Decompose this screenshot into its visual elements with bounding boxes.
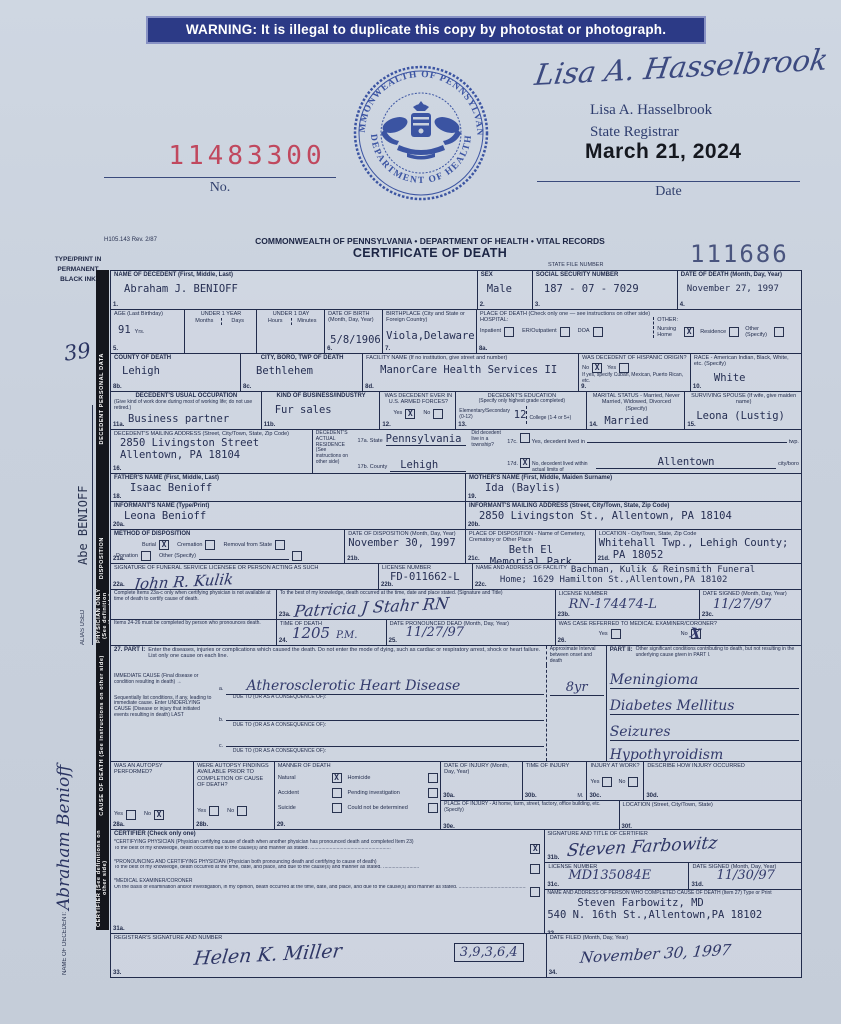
alias-underline — [92, 405, 93, 645]
interval-a-value: 8yr — [550, 680, 604, 696]
cause-line-c-blank — [226, 737, 544, 747]
pennsylvania-state-seal-icon: COMMONWEALTH OF PENNSYLVANIA DEPARTMENT … — [351, 63, 491, 203]
pronouncing-note1: Complete Items 23a-c only when certifyin… — [114, 591, 274, 603]
field-under-1-day: UNDER 1 DAY Hours Minutes — [256, 310, 324, 353]
field-county-of-death: COUNTY OF DEATH Lehigh 8b. — [111, 354, 240, 391]
item-number: 31d. — [691, 882, 703, 888]
field-date-filed: DATE FILED (Month, Day, Year) November 3… — [546, 934, 801, 977]
date-of-birth-value: 5/8/1906 — [330, 334, 380, 346]
field-label: INFORMANT'S NAME (Type/Print) — [114, 503, 463, 510]
cremation-checkbox[interactable] — [205, 540, 215, 550]
place-of-death-hospital-group: HOSPITAL: Inpatient ER/Outpatient DOA 8a… — [480, 317, 653, 338]
findings-yes-checkbox[interactable] — [209, 806, 219, 816]
meridiem-label: M. — [577, 793, 583, 799]
item-number: 13. — [458, 422, 466, 428]
disposition-location-line2: PA 18052 — [613, 549, 799, 561]
field-date-of-injury: DATE OF INJURY (Month, Day, Year) 30a. — [441, 762, 522, 800]
residence-state-value: Pennsylvania — [386, 433, 467, 446]
field-place-of-disposition: PLACE OF DISPOSITION - Name of Cemetery,… — [465, 530, 595, 563]
section-bar-disposition: DISPOSITION — [96, 528, 109, 588]
other-label: OTHER: — [657, 317, 799, 323]
part1-instructions: 27. PART I: Enter the diseases, injuries… — [111, 646, 546, 665]
item-number: 19. — [468, 494, 476, 500]
field-funeral-signature: SIGNATURE OF FUNERAL SERVICE LICENSEE OR… — [111, 564, 378, 589]
elementary-label: Elementary/Secondary (0-12) — [459, 409, 511, 421]
residence-label: Residence — [700, 329, 726, 335]
cityboro-label: city/boro — [778, 461, 799, 467]
field-birthplace: BIRTHPLACE (City and State or Foreign Co… — [382, 310, 476, 353]
field-father-name: FATHER'S NAME (First, Middle, Last) Isaa… — [111, 474, 465, 501]
twp-label: twp. — [789, 439, 799, 445]
doa-label: DOA — [578, 328, 590, 334]
item-number: 28b. — [196, 822, 208, 828]
cause-labels-column: IMMEDIATE CAUSE (Final disease or condit… — [111, 665, 216, 761]
field-pronouncing-note2: Items 24-26 must be completed by person … — [111, 620, 276, 645]
yes-item-number: 17c. — [507, 439, 517, 445]
field-date-of-birth: DATE OF BIRTH (Month, Day, Year) 5/8/190… — [324, 310, 382, 353]
yes-label: Yes — [590, 779, 599, 785]
armed-forces-no-checkbox[interactable] — [433, 409, 443, 419]
field-label: MARITAL STATUS - Married, Never Married,… — [590, 393, 682, 412]
field-place-of-injury: PLACE OF INJURY - At home, farm, street,… — [441, 801, 618, 829]
residence-city-value: Allentown — [596, 456, 776, 469]
place-of-death-other-group: OTHER: Nursing HomeX Residence Other (Sp… — [653, 317, 799, 338]
part2-text: Other significant conditions contributin… — [636, 647, 799, 659]
field-pronouncing-note1: Complete Items 23a-c only when certifyin… — [111, 590, 276, 619]
pronouncing-certifying-text: To the best of my knowledge, death occur… — [114, 865, 526, 871]
part1-text: Enter the diseases, injuries or complica… — [148, 647, 543, 660]
item-number: 20b. — [468, 522, 480, 528]
completer-address: 540 N. 16th St.,Allentown,PA 18102 — [547, 909, 799, 921]
completer-label: NAME AND ADDRESS OF PERSON WHO COMPLETED… — [547, 891, 799, 897]
er-outpatient-checkbox[interactable] — [560, 327, 570, 337]
pronouncer-date-value: 11/27/97 — [713, 597, 799, 612]
item-number: 32. — [547, 931, 555, 933]
part2-label: PART II: — [610, 647, 633, 659]
item-number: 21b. — [347, 556, 359, 562]
form-number: H105.143 Rev. 2/87 — [104, 237, 157, 243]
injury-block: DATE OF INJURY (Month, Day, Year) 30a. T… — [440, 762, 801, 829]
item-number: 23c. — [702, 612, 714, 618]
field-time-of-injury: TIME OF INJURY 30b. M. — [522, 762, 587, 800]
field-manner-of-death: MANNER OF DEATH NaturalX Accident Suicid… — [274, 762, 440, 829]
occupation-note: (Give kind of work done during most of w… — [114, 400, 259, 412]
item-number: 23a. — [279, 612, 291, 618]
armed-forces-yes-checkbox[interactable]: X — [405, 409, 415, 419]
suicide-checkbox[interactable] — [332, 803, 342, 813]
pending-checkbox[interactable] — [428, 788, 438, 798]
date-label: Date — [537, 184, 800, 200]
yes-label: Yes — [599, 631, 608, 637]
field-autopsy: WAS AN AUTOPSY PERFORMED? Yes NoX 28a. — [111, 762, 193, 829]
funeral-facility-line2: Home; 1629 Hamilton St.,Allentown,PA 181… — [500, 575, 799, 585]
inpatient-checkbox[interactable] — [504, 327, 514, 337]
item-number: 14. — [589, 422, 597, 428]
no-item-number: 17d. — [507, 461, 518, 467]
homicide-checkbox[interactable] — [428, 773, 438, 783]
township-no-text: No, decedent lived within actual limits … — [532, 462, 594, 473]
age-value: 91 — [118, 324, 131, 336]
state-file-stamp: 111686 — [690, 240, 789, 268]
hispanic-note: If yes, specify Cuban, Mexican, Puerto R… — [582, 373, 688, 385]
alias-used-value: Abe BENIOFF — [76, 415, 90, 565]
field-label: DATE OF BIRTH (Month, Day, Year) — [328, 311, 380, 324]
item-number: 11a. — [113, 422, 124, 428]
place-of-disposition-line2: Memorial Park — [469, 556, 593, 563]
nursing-home-label: Nursing Home — [657, 326, 681, 339]
county-of-death-value: Lehigh — [122, 365, 238, 377]
field-under-1-year: UNDER 1 YEAR Months Days — [184, 310, 256, 353]
funeral-license-value: FD-011662-L — [390, 571, 470, 583]
place-of-disposition-line1: Beth El — [469, 544, 593, 556]
item-number: 9. — [581, 384, 586, 390]
section-bar-pronouncing-physician: PRONOUNCING PHYSICIAN ONLY (See definiti… — [96, 588, 109, 644]
completer-name: Steven Farbowitz, MD — [577, 897, 799, 909]
field-label: WAS DECEDENT EVER IN U.S. ARMED FORCES? — [383, 393, 453, 406]
township-yes-checkbox[interactable] — [520, 433, 530, 443]
education-note: (Specify only highest grade completed) — [459, 399, 584, 405]
item-number: 6. — [327, 346, 332, 352]
item-number: 7. — [385, 346, 390, 352]
cause-line-b-blank — [226, 711, 543, 721]
item-number: 4. — [680, 302, 685, 308]
interval-label: Approximate Interval between onset and d… — [550, 647, 604, 664]
item-number: 8b. — [113, 384, 122, 390]
item-number: 22b. — [381, 582, 393, 588]
certificate-number: 11483300 — [152, 141, 342, 171]
minutes-label: Minutes — [291, 318, 323, 324]
field-ssn: SOCIAL SECURITY NUMBER 187 - 07 - 7029 3… — [532, 271, 677, 309]
certifier-header: CERTIFIER (Check only one) — [114, 831, 542, 838]
date-of-death-value: November 27, 1997 — [687, 284, 799, 294]
field-registrar-signature: REGISTRAR'S SIGNATURE AND NUMBER Helen K… — [111, 934, 546, 977]
field-label: RACE - American Indian, Black, White, et… — [694, 355, 799, 368]
father-name-value: Isaac Benioff — [130, 482, 463, 494]
inpatient-label: Inpatient — [480, 328, 501, 334]
findings-no-checkbox[interactable] — [237, 806, 247, 816]
certifier-statements: CERTIFIER (Check only one) *CERTIFYING P… — [111, 830, 544, 933]
certifier-date-value: 11/30/97 — [716, 868, 798, 883]
item-number: 21d. — [598, 556, 610, 562]
doa-checkbox[interactable] — [593, 327, 603, 337]
item-number: 31c. — [547, 882, 559, 888]
date-line — [537, 181, 800, 182]
margin-decedent-name-label: NAME OF DECEDENT: — [62, 865, 68, 975]
item-number: 25. — [389, 638, 397, 644]
item-number: 10. — [693, 384, 701, 390]
alias-used-label: ALIAS USED — [80, 570, 86, 645]
occupation-value: Business partner — [128, 413, 259, 425]
autopsy-no-checkbox[interactable]: X — [154, 810, 164, 820]
field-label: DATE OF DEATH (Month, Day, Year) — [681, 272, 799, 279]
field-date-of-disposition: DATE OF DISPOSITION (Month, Day, Year) N… — [344, 530, 465, 563]
cremation-label: Cremation — [177, 542, 202, 548]
pending-label: Pending investigation — [348, 790, 400, 796]
item-number: 31b. — [547, 855, 559, 861]
natural-checkbox[interactable]: X — [332, 773, 342, 783]
item-number: 2. — [480, 302, 485, 308]
sex-value: Male — [487, 283, 530, 295]
line-b-label: b. — [219, 717, 224, 723]
field-label: TIME OF INJURY — [526, 763, 585, 769]
donation-checkbox[interactable] — [141, 551, 151, 561]
city-of-death-value: Bethlehem — [256, 365, 360, 377]
field-education: DECEDENT'S EDUCATION (Specify only highe… — [455, 392, 586, 429]
date-of-disposition-value: November 30, 1997 — [348, 537, 463, 549]
field-label: WAS DECEDENT OF HISPANIC ORIGIN? — [582, 355, 688, 361]
interval-column-header: Approximate Interval between onset and d… — [546, 646, 606, 665]
field-place-of-death: PLACE OF DEATH (Check only one — see ins… — [476, 310, 801, 353]
burial-checkbox[interactable]: X — [159, 540, 169, 550]
item-number: 22c. — [475, 582, 487, 588]
medical-examiner-text: On the basis of examination and/or inves… — [114, 885, 526, 891]
immediate-cause-label: IMMEDIATE CAUSE (Final disease or condit… — [114, 674, 214, 686]
residence-checkbox[interactable] — [729, 327, 739, 337]
pronouncer-license-value: RN-174474-L — [569, 597, 697, 612]
referred-no-checkbox[interactable]: X — [691, 629, 701, 639]
facility-name-value: ManorCare Health Services II — [380, 364, 576, 376]
number-line — [104, 177, 336, 178]
item-number: 12. — [382, 422, 390, 428]
item-number: 11b. — [264, 422, 276, 428]
field-certifier-date-signed: DATE SIGNED (Month, Day, Year) 11/30/97 … — [688, 863, 800, 889]
field-label: SEX — [481, 272, 530, 279]
item-number: 30f. — [622, 824, 632, 829]
referred-yes-checkbox[interactable] — [611, 629, 621, 639]
hospital-label: HOSPITAL: — [480, 317, 653, 323]
field-label: PLACE OF DISPOSITION - Name of Cemetery,… — [469, 531, 593, 544]
cause-lines-column: a. Atherosclerotic Heart Disease DUE TO … — [216, 665, 546, 761]
injury-work-no-checkbox[interactable] — [628, 777, 638, 787]
field-label: AGE (Last Birthday) — [114, 311, 182, 317]
field-surviving-spouse: SURVIVING SPOUSE (If wife, give maiden n… — [684, 392, 801, 429]
item-number: 24. — [279, 638, 287, 644]
warning-banner: WARNING: It is illegal to duplicate this… — [146, 16, 706, 44]
field-autopsy-findings: WERE AUTOPSY FINDINGS AVAILABLE PRIOR TO… — [193, 762, 274, 829]
funeral-facility-line1: Bachman, Kulik & Reinsmith Funeral — [571, 565, 755, 575]
registrar-name: Lisa A. Hasselbrook — [590, 100, 712, 122]
field-label: DATE OF INJURY (Month, Day, Year) — [444, 763, 520, 776]
field-residence-township-answer: 17c. Yes, decedent lived in twp. 17d. X … — [504, 430, 801, 473]
item-number: 22a. — [113, 582, 125, 588]
field-date-of-death: DATE OF DEATH (Month, Day, Year) Novembe… — [677, 271, 801, 309]
certifier-right-block: SIGNATURE AND TITLE OF CERTIFIER Steven … — [544, 830, 801, 933]
item-number: 16. — [113, 466, 121, 472]
item-number: 20a. — [113, 522, 125, 528]
field-label: UNDER 1 DAY — [260, 311, 322, 317]
college-label: College (1-4 or 5+) — [529, 415, 571, 421]
field-method-of-disposition: METHOD OF DISPOSITION BurialX Cremation … — [111, 530, 344, 563]
field-injury-location: LOCATION (Street, City/Town, State) 30f. — [619, 801, 801, 829]
part2-condition-3: Seizures — [610, 724, 799, 741]
other-specify-checkbox[interactable] — [774, 327, 784, 337]
certifier-license-value: MD135084E — [568, 868, 686, 883]
field-marital-status: MARITAL STATUS - Married, Never Married,… — [586, 392, 684, 429]
yes-label: Yes — [393, 410, 402, 416]
surviving-spouse-value: Leona (Lustig) — [696, 410, 799, 422]
yes-label: Yes — [197, 808, 206, 814]
field-label: SOCIAL SECURITY NUMBER — [536, 272, 675, 279]
item-number: 21a. — [113, 556, 125, 562]
suicide-label: Suicide — [278, 805, 296, 811]
accident-checkbox[interactable] — [332, 788, 342, 798]
field-describe-injury: DESCRIBE HOW INJURY OCCURRED 30d. — [643, 762, 801, 800]
township-question: Did decedent live in a township? — [471, 431, 502, 448]
due-to-label-3: DUE TO (OR AS A CONSEQUENCE OF): — [233, 749, 544, 755]
field-mother-name: MOTHER'S NAME (First, Middle, Maiden Sur… — [465, 474, 801, 501]
months-label: Months — [188, 318, 220, 324]
field-label: DECEDENT'S ACTUAL RESIDENCE (See instruc… — [316, 431, 353, 466]
hours-label: Hours — [260, 318, 291, 324]
part2-values-column: Meningioma Diabetes Mellitus Seizures Hy… — [606, 665, 801, 761]
field-township-question: Did decedent live in a township? — [468, 430, 504, 473]
item-number: 30b. — [525, 793, 537, 799]
certifying-physician-checkbox[interactable]: X — [530, 844, 540, 854]
item-number: 5. — [113, 346, 118, 352]
injury-work-yes-checkbox[interactable] — [602, 777, 612, 787]
registrar-number-box: 3,9,3,6,4 — [454, 943, 524, 962]
item-number: 21c. — [468, 556, 480, 562]
field-label: INFORMANT'S MAILING ADDRESS (Street, Cit… — [469, 503, 799, 510]
svg-text:DEPARTMENT OF HEALTH: DEPARTMENT OF HEALTH — [368, 134, 474, 186]
birthplace-value: Viola,Delaware — [386, 330, 474, 342]
field-label: FACILITY NAME (If no institution, give s… — [366, 355, 576, 361]
field-occupation: DECEDENT'S USUAL OCCUPATION (Give kind o… — [111, 392, 261, 429]
immediate-cause-value: Atherosclerotic Heart Disease — [226, 678, 543, 695]
field-age: AGE (Last Birthday) 91 Yrs. 5. — [111, 310, 184, 353]
field-facility-name: FACILITY NAME (If no institution, give s… — [362, 354, 578, 391]
item-number: 30e. — [443, 824, 455, 829]
field-actual-residence-label: DECEDENT'S ACTUAL RESIDENCE (See instruc… — [312, 430, 355, 473]
pronouncing-note2: Items 24-26 must be completed by person … — [114, 621, 274, 627]
field-armed-forces: WAS DECEDENT EVER IN U.S. ARMED FORCES? … — [379, 392, 455, 429]
residence-county-value: Lehigh — [390, 459, 466, 472]
item-number: 8c. — [243, 384, 251, 390]
field-date-pronounced-dead: DATE PRONOUNCED DEAD (Month, Day, Year) … — [386, 620, 555, 645]
other-disposition-blank — [199, 552, 289, 560]
field-label: INJURY AT WORK? — [590, 763, 641, 769]
field-city-of-death: CITY, BORO, TWP OF DEATH Bethlehem 8c. — [240, 354, 362, 391]
line-a-label: a. — [219, 686, 224, 692]
field-time-of-death: TIME OF DEATH 1205 P.M. 24. — [276, 620, 386, 645]
informant-address-value: 2850 Livingston St., Allentown, PA 18104 — [479, 510, 799, 522]
other-disposition-checkbox[interactable] — [292, 551, 302, 561]
field-certifier-license: LICENSE NUMBER MD135084E 31c. — [545, 863, 688, 889]
disposition-location-line1: Whitehall Twp., Lehigh County; — [599, 537, 799, 549]
field-label: KIND OF BUSINESS/INDUSTRY — [265, 393, 378, 400]
field-label: BIRTHPLACE (City and State or Foreign Co… — [386, 311, 474, 324]
issue-date: March 21, 2024 — [585, 140, 741, 164]
field-label: UNDER 1 YEAR — [188, 311, 254, 317]
date-pronounced-value: 11/27/97 — [406, 625, 553, 640]
field-race: RACE - American Indian, Black, White, et… — [690, 354, 801, 391]
field-label: WERE AUTOPSY FINDINGS AVAILABLE PRIOR TO… — [197, 763, 272, 788]
no-label: No — [144, 811, 151, 817]
yes-label: Yes — [114, 811, 123, 817]
field-hispanic-origin: WAS DECEDENT OF HISPANIC ORIGIN? NoX Yes… — [578, 354, 690, 391]
autopsy-yes-checkbox[interactable] — [126, 810, 136, 820]
no-label: No — [681, 631, 688, 637]
item-number: 33. — [113, 970, 121, 976]
no-label: No — [227, 808, 234, 814]
mailing-address-line1: 2850 Livingston Street — [120, 437, 310, 449]
yes-label: Yes — [607, 365, 616, 371]
marital-status-value: Married — [604, 415, 682, 427]
item-number: 30d. — [646, 793, 658, 799]
no-label: No — [618, 779, 625, 785]
field-sex: SEX Male 2. — [477, 271, 532, 309]
pronouncing-certifying-checkbox[interactable] — [530, 864, 540, 874]
item-number: 8a. — [479, 346, 487, 352]
field-name-of-decedent: NAME OF DECEDENT (First, Middle, Last) A… — [111, 271, 477, 309]
county-label: 17b. County — [358, 464, 388, 470]
township-no-checkbox[interactable]: X — [520, 458, 530, 468]
item-number: 3. — [535, 302, 540, 308]
item-number: 30c. — [589, 793, 601, 799]
field-label: WAS CASE REFERRED TO MEDICAL EXAMINER/CO… — [559, 621, 799, 627]
section-bar-decedent-personal-data: DECEDENT PERSONAL DATA — [96, 270, 109, 528]
age-unit: Yrs. — [135, 329, 145, 335]
field-industry: KIND OF BUSINESS/INDUSTRY Fur sales 11b. — [261, 392, 380, 429]
part2-condition-2: Diabetes Mellitus — [610, 698, 799, 715]
ssn-value: 187 - 07 - 7029 — [544, 283, 675, 295]
field-label: METHOD OF DISPOSITION — [114, 531, 342, 538]
time-of-death-value: 1205 — [292, 624, 330, 642]
field-injury-at-work: INJURY AT WORK? Yes No 30c. — [586, 762, 643, 800]
removal-checkbox[interactable] — [275, 540, 285, 550]
no-label: No — [423, 410, 430, 416]
item-number: 34. — [549, 970, 557, 976]
state-label: 17a. State — [358, 438, 383, 444]
due-to-label-2: DUE TO (OR AS A CONSEQUENCE OF): — [233, 723, 544, 729]
section-bar-cause-of-death: CAUSE OF DEATH (See instructions on othe… — [96, 644, 109, 826]
field-funeral-license: LICENSE NUMBER FD-011662-L 22b. — [378, 564, 472, 589]
field-pronouncer-signature: To the best of my knowledge, death occur… — [276, 590, 555, 619]
homicide-label: Homicide — [348, 775, 371, 781]
state-registrar-signature: Lisa A. Hasselbrook — [532, 42, 837, 92]
field-disposition-location: LOCATION - City/Town, State, Zip Code Wh… — [595, 530, 801, 563]
interval-column: 8yr — [546, 665, 606, 761]
line-c-label: c. — [219, 743, 223, 749]
decedent-name-value: Abraham J. BENIOFF — [124, 283, 475, 295]
item-number: 29. — [277, 822, 285, 828]
mother-name-value: Ida (Baylis) — [485, 482, 799, 494]
field-label: COUNTY OF DEATH — [114, 355, 238, 362]
field-label: LOCATION (Street, City/Town, State) — [623, 802, 799, 808]
date-filed-value: November 30, 1997 — [579, 938, 800, 968]
certifying-physician-text: To the best of my knowledge, death occur… — [114, 846, 526, 852]
item-number: 30a. — [443, 793, 455, 799]
registrar-name-block: Lisa A. Hasselbrook State Registrar — [590, 100, 712, 144]
days-label: Days — [221, 318, 254, 324]
undetermined-checkbox[interactable] — [428, 803, 438, 813]
field-pronouncer-date-signed: DATE SIGNED (Month, Day, Year) 11/27/97 … — [699, 590, 801, 619]
part2-condition-1: Meningioma — [610, 672, 799, 689]
item-number: 31a. — [113, 926, 125, 932]
township-blank — [587, 434, 787, 443]
item-number: 15. — [687, 422, 695, 428]
nursing-home-checkbox[interactable]: X — [684, 327, 694, 337]
item-number: 8d. — [365, 384, 374, 390]
undetermined-label: Could not be determined — [348, 805, 408, 811]
handwritten-x-mark: X — [689, 626, 702, 643]
medical-examiner-checkbox[interactable] — [530, 887, 540, 897]
field-pronouncer-license: LICENSE NUMBER RN-174474-L 23b. — [555, 590, 699, 619]
state-file-number-label: STATE FILE NUMBER — [548, 262, 603, 268]
item-number: 1. — [113, 302, 118, 308]
education-value: 12 — [514, 409, 527, 421]
item-number: 18. — [113, 494, 121, 500]
